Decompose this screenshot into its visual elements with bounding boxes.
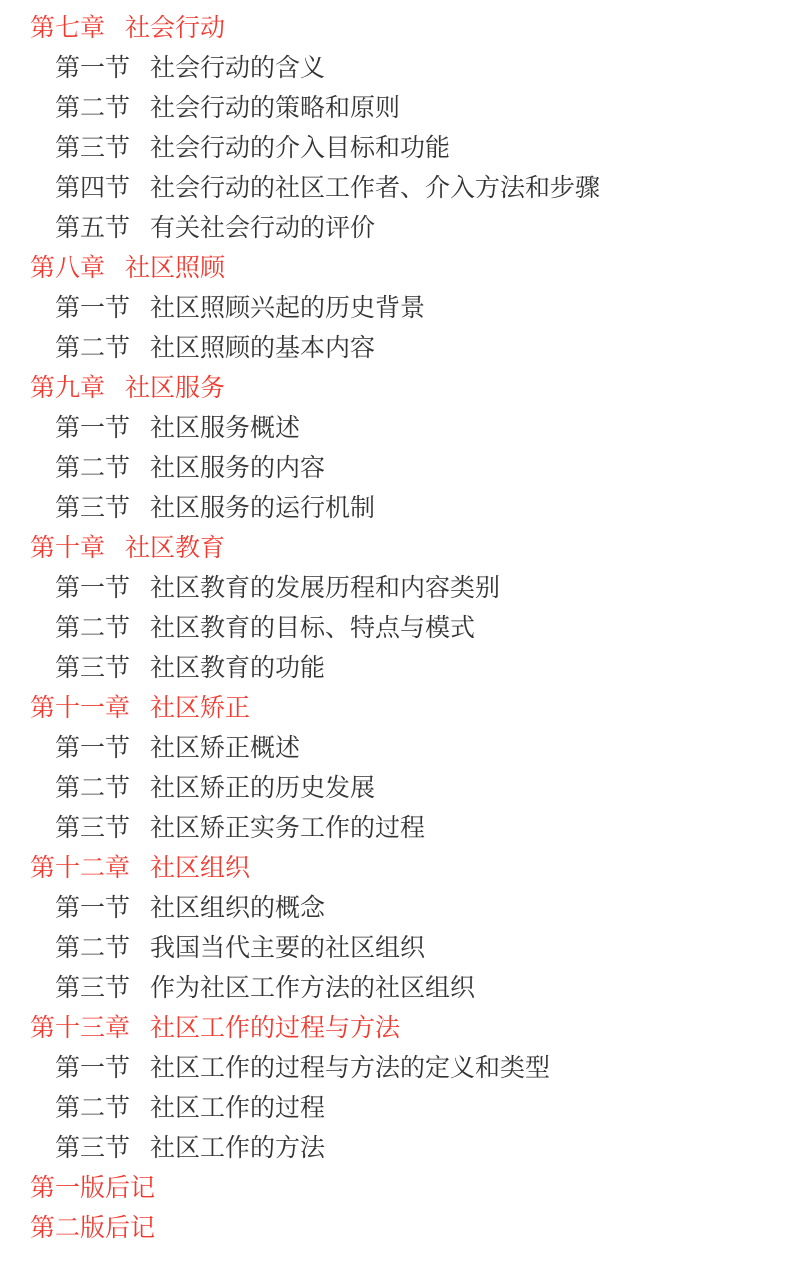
entry-label: 第二节 xyxy=(55,328,130,368)
entry-label: 第一节 xyxy=(55,48,130,88)
toc-entry-chapter: 第一版后记 xyxy=(0,1168,790,1208)
entry-title: 社区工作的过程 xyxy=(150,1088,325,1128)
toc-entry-chapter: 第九章 社区服务 xyxy=(0,368,790,408)
entry-label: 第十二章 xyxy=(30,848,130,888)
toc-entry-section: 第二节 社区照顾的基本内容 xyxy=(0,328,790,368)
entry-title: 社会行动的社区工作者、介入方法和步骤 xyxy=(150,168,600,208)
table-of-contents: 第七章 社会行动 第一节 社会行动的含义 第二节 社会行动的策略和原则 第三节 … xyxy=(0,0,790,1248)
toc-entry-section: 第四节 社会行动的社区工作者、介入方法和步骤 xyxy=(0,168,790,208)
entry-label: 第三节 xyxy=(55,968,130,1008)
toc-entry-section: 第五节 有关社会行动的评价 xyxy=(0,208,790,248)
entry-label: 第一版后记 xyxy=(30,1168,155,1208)
entry-label: 第二节 xyxy=(55,608,130,648)
entry-title: 社区矫正的历史发展 xyxy=(150,768,375,808)
toc-entry-section: 第三节 社区服务的运行机制 xyxy=(0,488,790,528)
entry-title: 社区服务的运行机制 xyxy=(150,488,375,528)
entry-title: 社区工作的方法 xyxy=(150,1128,325,1168)
entry-label: 第十章 xyxy=(30,528,105,568)
toc-entry-section: 第二节 社区工作的过程 xyxy=(0,1088,790,1128)
entry-title: 社区服务概述 xyxy=(150,408,300,448)
toc-entry-chapter: 第七章 社会行动 xyxy=(0,8,790,48)
entry-title: 社区服务的内容 xyxy=(150,448,325,488)
entry-title: 有关社会行动的评价 xyxy=(150,208,375,248)
entry-title: 社区照顾 xyxy=(125,248,225,288)
entry-title: 社区矫正概述 xyxy=(150,728,300,768)
toc-entry-section: 第二节 我国当代主要的社区组织 xyxy=(0,928,790,968)
entry-label: 第八章 xyxy=(30,248,105,288)
toc-entry-chapter: 第十三章 社区工作的过程与方法 xyxy=(0,1008,790,1048)
entry-title: 社区照顾兴起的历史背景 xyxy=(150,288,425,328)
entry-title: 社区矫正 xyxy=(150,688,250,728)
toc-entry-section: 第二节 社区教育的目标、特点与模式 xyxy=(0,608,790,648)
entry-label: 第二节 xyxy=(55,1088,130,1128)
toc-entry-section: 第一节 社区工作的过程与方法的定义和类型 xyxy=(0,1048,790,1088)
toc-entry-section: 第二节 社区矫正的历史发展 xyxy=(0,768,790,808)
entry-label: 第三节 xyxy=(55,488,130,528)
entry-label: 第二节 xyxy=(55,768,130,808)
toc-entry-section: 第一节 社区矫正概述 xyxy=(0,728,790,768)
toc-entry-section: 第一节 社区教育的发展历程和内容类别 xyxy=(0,568,790,608)
entry-label: 第三节 xyxy=(55,128,130,168)
entry-title: 社区服务 xyxy=(125,368,225,408)
entry-title: 社会行动的策略和原则 xyxy=(150,88,400,128)
toc-entry-section: 第一节 社区组织的概念 xyxy=(0,888,790,928)
entry-title: 社区教育的发展历程和内容类别 xyxy=(150,568,500,608)
entry-label: 第五节 xyxy=(55,208,130,248)
entry-title: 社会行动的介入目标和功能 xyxy=(150,128,450,168)
entry-title: 社区组织 xyxy=(150,848,250,888)
entry-label: 第一节 xyxy=(55,408,130,448)
entry-label: 第一节 xyxy=(55,728,130,768)
entry-title: 社会行动 xyxy=(125,8,225,48)
entry-label: 第九章 xyxy=(30,368,105,408)
toc-entry-section: 第三节 作为社区工作方法的社区组织 xyxy=(0,968,790,1008)
toc-entry-chapter: 第十章 社区教育 xyxy=(0,528,790,568)
toc-entry-chapter: 第十二章 社区组织 xyxy=(0,848,790,888)
entry-title: 社区矫正实务工作的过程 xyxy=(150,808,425,848)
entry-label: 第一节 xyxy=(55,568,130,608)
entry-title: 社区工作的过程与方法 xyxy=(150,1008,400,1048)
entry-title: 社区组织的概念 xyxy=(150,888,325,928)
toc-entry-chapter: 第八章 社区照顾 xyxy=(0,248,790,288)
entry-label: 第二版后记 xyxy=(30,1208,155,1248)
entry-title: 作为社区工作方法的社区组织 xyxy=(150,968,475,1008)
entry-label: 第四节 xyxy=(55,168,130,208)
entry-label: 第三节 xyxy=(55,648,130,688)
entry-label: 第一节 xyxy=(55,288,130,328)
entry-label: 第一节 xyxy=(55,888,130,928)
entry-title: 社区教育 xyxy=(125,528,225,568)
entry-title: 社区教育的目标、特点与模式 xyxy=(150,608,475,648)
toc-entry-section: 第三节 社区教育的功能 xyxy=(0,648,790,688)
entry-label: 第十一章 xyxy=(30,688,130,728)
entry-label: 第三节 xyxy=(55,808,130,848)
entry-label: 第二节 xyxy=(55,928,130,968)
entry-label: 第二节 xyxy=(55,448,130,488)
entry-title: 社区照顾的基本内容 xyxy=(150,328,375,368)
entry-title: 社区工作的过程与方法的定义和类型 xyxy=(150,1048,550,1088)
toc-entry-section: 第三节 社区工作的方法 xyxy=(0,1128,790,1168)
entry-title: 社区教育的功能 xyxy=(150,648,325,688)
toc-entry-section: 第三节 社区矫正实务工作的过程 xyxy=(0,808,790,848)
entry-label: 第三节 xyxy=(55,1128,130,1168)
entry-title: 社会行动的含义 xyxy=(150,48,325,88)
entry-label: 第一节 xyxy=(55,1048,130,1088)
toc-entry-section: 第三节 社会行动的介入目标和功能 xyxy=(0,128,790,168)
toc-entry-section: 第一节 社区照顾兴起的历史背景 xyxy=(0,288,790,328)
toc-entry-section: 第二节 社会行动的策略和原则 xyxy=(0,88,790,128)
toc-entry-section: 第一节 社区服务概述 xyxy=(0,408,790,448)
toc-entry-section: 第一节 社会行动的含义 xyxy=(0,48,790,88)
toc-entry-chapter: 第二版后记 xyxy=(0,1208,790,1248)
entry-label: 第七章 xyxy=(30,8,105,48)
entry-label: 第十三章 xyxy=(30,1008,130,1048)
toc-entry-section: 第二节 社区服务的内容 xyxy=(0,448,790,488)
entry-label: 第二节 xyxy=(55,88,130,128)
entry-title: 我国当代主要的社区组织 xyxy=(150,928,425,968)
toc-entry-chapter: 第十一章 社区矫正 xyxy=(0,688,790,728)
